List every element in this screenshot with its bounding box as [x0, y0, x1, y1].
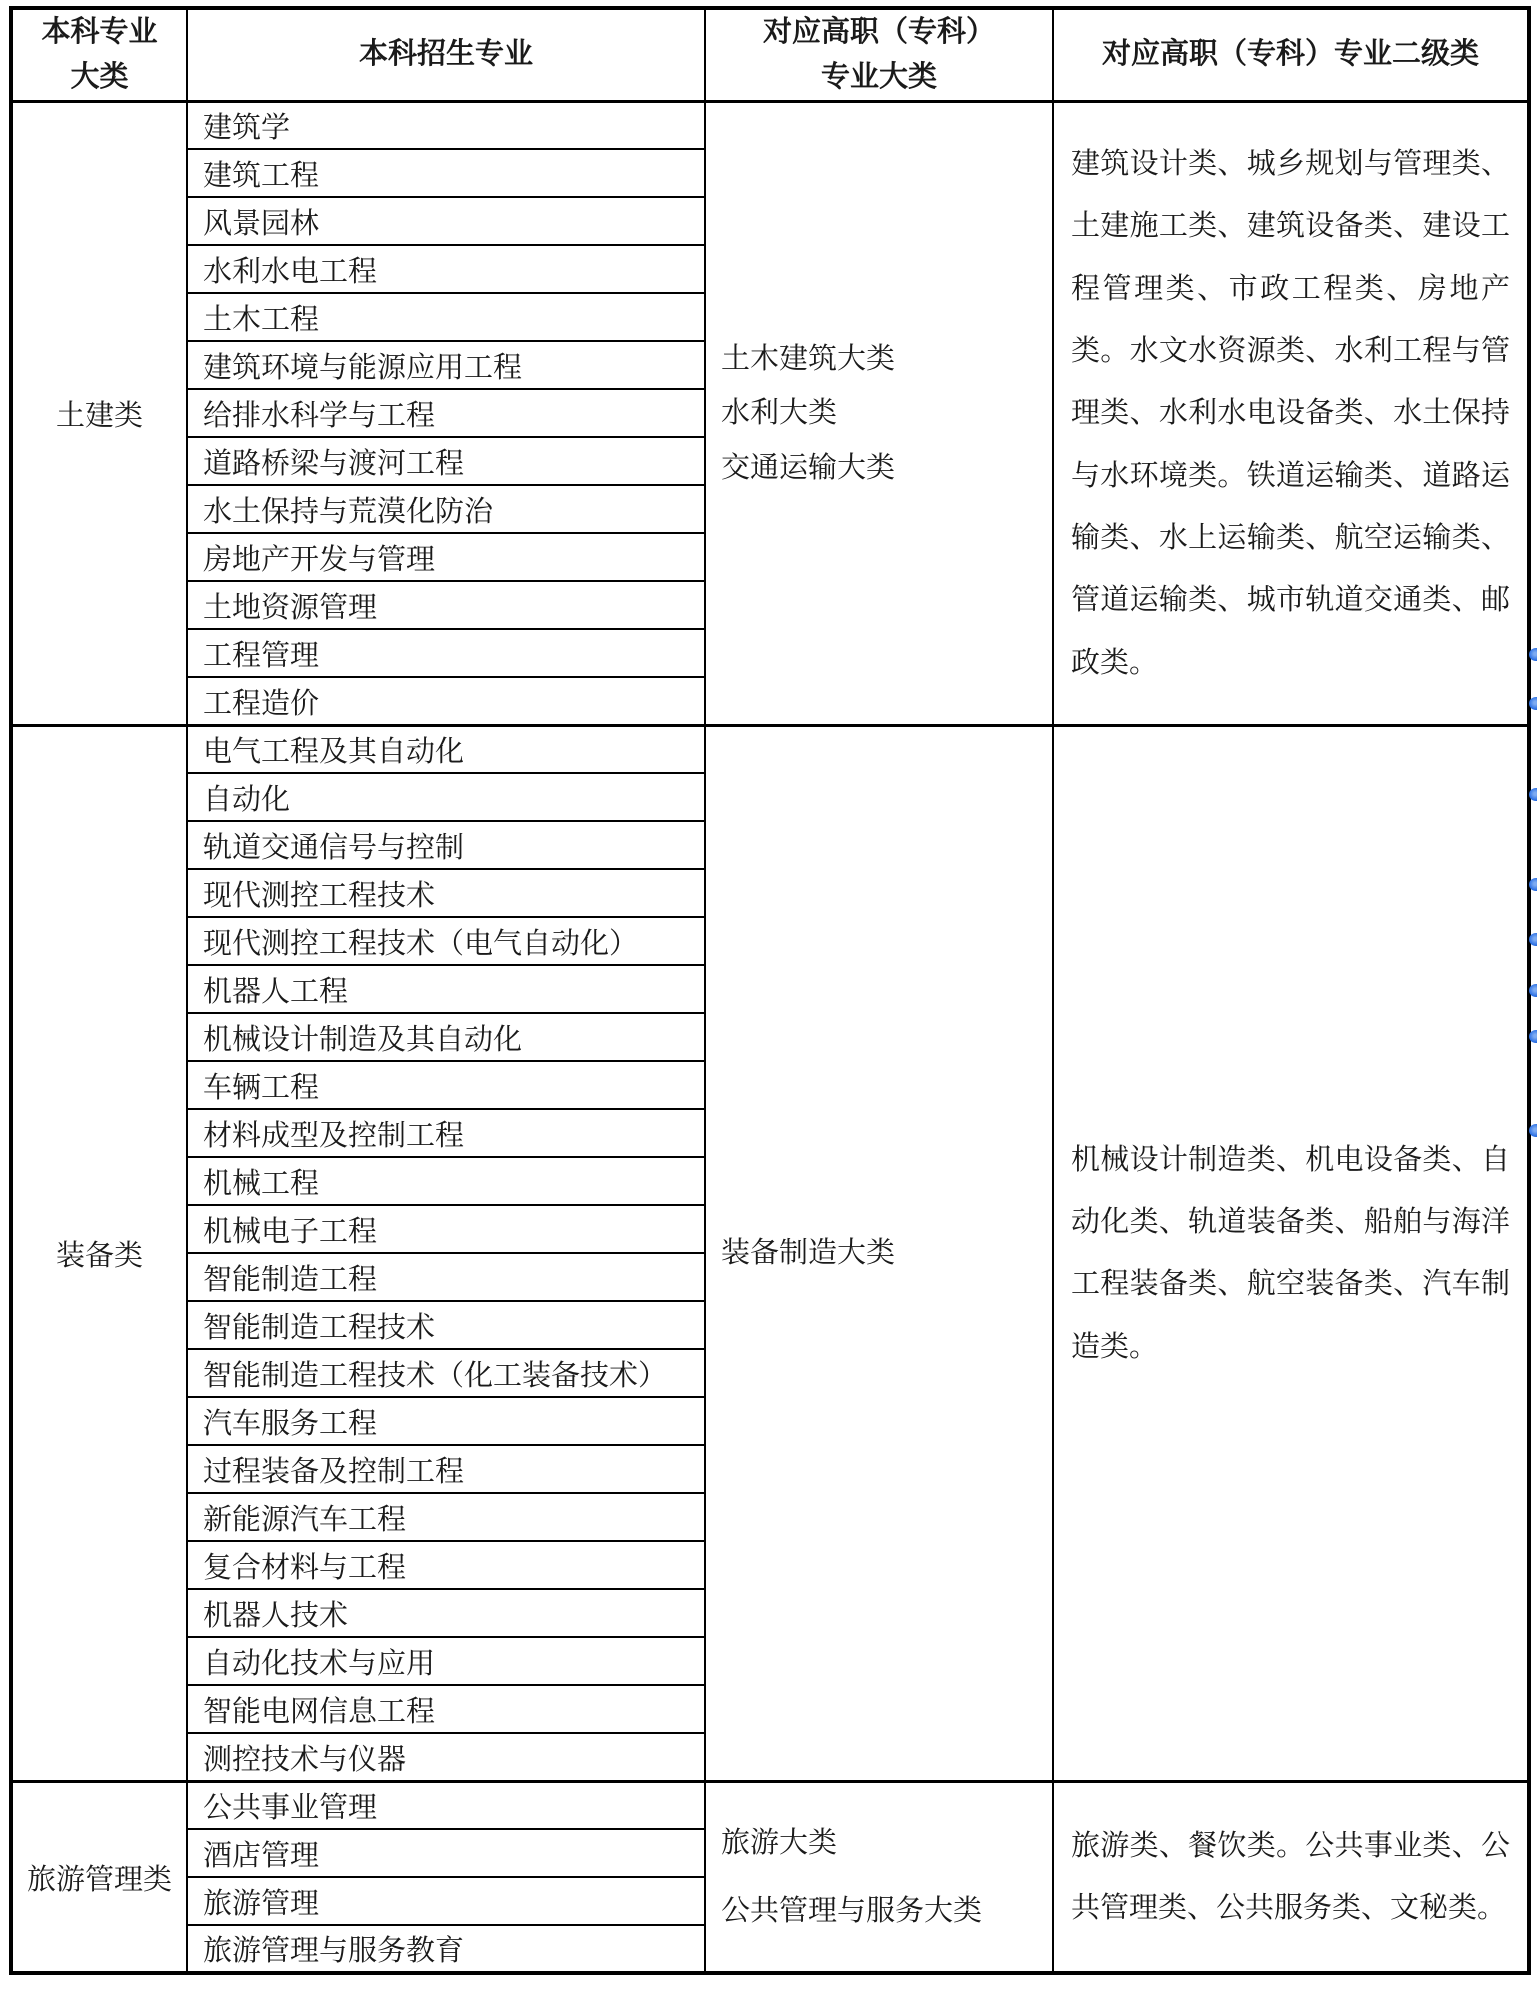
major-cell: 酒店管理	[187, 1829, 705, 1877]
major-cell: 汽车服务工程	[187, 1397, 705, 1445]
edge-dot-icon	[1529, 697, 1537, 710]
table-row: 旅游管理类公共事业管理旅游大类公共管理与服务大类旅游类、餐饮类。公共事业类、公共…	[11, 1781, 1529, 1829]
major-cell: 自动化	[187, 773, 705, 821]
major-cell: 旅游管理与服务教育	[187, 1925, 705, 1973]
major-cell: 新能源汽车工程	[187, 1493, 705, 1541]
undergrad-category-cell: 旅游管理类	[11, 1781, 187, 1973]
vocational-category-line: 公共管理与服务大类	[721, 1884, 1046, 1939]
major-cell: 机器人工程	[187, 965, 705, 1013]
major-cell: 过程装备及控制工程	[187, 1445, 705, 1493]
vocational-categories-cell: 土木建筑大类水利大类交通运输大类	[705, 101, 1053, 725]
major-cell: 智能制造工程技术（化工装备技术）	[187, 1349, 705, 1397]
major-cell: 轨道交通信号与控制	[187, 821, 705, 869]
major-cell: 复合材料与工程	[187, 1541, 705, 1589]
vocational-category-line: 旅游大类	[721, 1816, 1046, 1871]
vocational-category-line: 土木建筑大类	[721, 332, 1046, 387]
major-cell: 工程管理	[187, 629, 705, 677]
major-cell: 道路桥梁与渡河工程	[187, 437, 705, 485]
major-cell: 水土保持与荒漠化防治	[187, 485, 705, 533]
table-row: 土建类建筑学土木建筑大类水利大类交通运输大类建筑设计类、城乡规划与管理类、土建施…	[11, 101, 1529, 149]
edge-dot-icon	[1529, 1124, 1537, 1137]
table-row: 装备类电气工程及其自动化装备制造大类机械设计制造类、机电设备类、自动化类、轨道装…	[11, 725, 1529, 773]
undergrad-category-cell: 土建类	[11, 101, 187, 725]
major-cell: 建筑工程	[187, 149, 705, 197]
major-cell: 土地资源管理	[187, 581, 705, 629]
vocational-categories-cell: 装备制造大类	[705, 725, 1053, 1781]
secondary-categories-cell: 机械设计制造类、机电设备类、自动化类、轨道装备类、船舶与海洋工程装备类、航空装备…	[1053, 725, 1529, 1781]
vocational-category-line: 水利大类	[721, 386, 1046, 441]
major-cell: 电气工程及其自动化	[187, 725, 705, 773]
major-cell: 智能制造工程	[187, 1253, 705, 1301]
header-row: 本科专业 大类 本科招生专业 对应高职（专科） 专业大类 对应高职（专科）专业二…	[11, 8, 1529, 101]
major-cell: 给排水科学与工程	[187, 389, 705, 437]
major-cell: 机械工程	[187, 1157, 705, 1205]
major-cell: 机器人技术	[187, 1589, 705, 1637]
major-cell: 现代测控工程技术	[187, 869, 705, 917]
major-cell: 土木工程	[187, 293, 705, 341]
majors-mapping-table: 本科专业 大类 本科招生专业 对应高职（专科） 专业大类 对应高职（专科）专业二…	[9, 6, 1531, 1975]
header-vocational-secondary: 对应高职（专科）专业二级类	[1053, 8, 1529, 101]
major-cell: 建筑学	[187, 101, 705, 149]
secondary-categories-cell: 旅游类、餐饮类。公共事业类、公共管理类、公共服务类、文秘类。	[1053, 1781, 1529, 1973]
major-cell: 风景园林	[187, 197, 705, 245]
vocational-category-line: 交通运输大类	[721, 441, 1046, 496]
vocational-categories-cell: 旅游大类公共管理与服务大类	[705, 1781, 1053, 1973]
major-cell: 水利水电工程	[187, 245, 705, 293]
major-cell: 房地产开发与管理	[187, 533, 705, 581]
major-cell: 智能电网信息工程	[187, 1685, 705, 1733]
edge-dot-icon	[1529, 648, 1537, 661]
secondary-categories-cell: 建筑设计类、城乡规划与管理类、土建施工类、建筑设备类、建设工程管理类、市政工程类…	[1053, 101, 1529, 725]
edge-dot-icon	[1529, 933, 1537, 946]
edge-dot-icon	[1529, 1030, 1537, 1043]
major-cell: 材料成型及控制工程	[187, 1109, 705, 1157]
edge-dot-icon	[1529, 788, 1537, 801]
major-cell: 现代测控工程技术（电气自动化）	[187, 917, 705, 965]
major-cell: 公共事业管理	[187, 1781, 705, 1829]
edge-dot-icon	[1529, 878, 1537, 891]
major-cell: 测控技术与仪器	[187, 1733, 705, 1781]
header-vocational-category: 对应高职（专科） 专业大类	[705, 8, 1053, 101]
major-cell: 自动化技术与应用	[187, 1637, 705, 1685]
major-cell: 智能制造工程技术	[187, 1301, 705, 1349]
major-cell: 机械电子工程	[187, 1205, 705, 1253]
major-cell: 工程造价	[187, 677, 705, 725]
vocational-category-line: 装备制造大类	[721, 1226, 1046, 1281]
major-cell: 旅游管理	[187, 1877, 705, 1925]
header-undergrad-category: 本科专业 大类	[11, 8, 187, 101]
major-cell: 建筑环境与能源应用工程	[187, 341, 705, 389]
edge-dot-icon	[1529, 984, 1537, 997]
major-cell: 机械设计制造及其自动化	[187, 1013, 705, 1061]
major-cell: 车辆工程	[187, 1061, 705, 1109]
header-undergrad-majors: 本科招生专业	[187, 8, 705, 101]
undergrad-category-cell: 装备类	[11, 725, 187, 1781]
